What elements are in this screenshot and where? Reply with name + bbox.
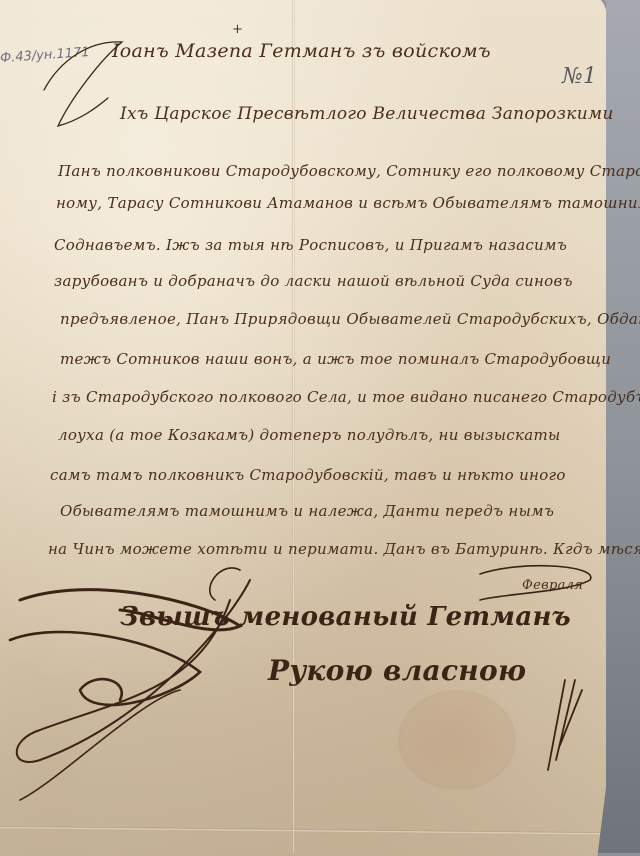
body-line-5: предъявленое, Панъ Прирядовщи Обывателей… xyxy=(60,310,640,328)
signature-line-2: Рукою власною xyxy=(268,654,526,687)
cross-mark-icon: + xyxy=(232,22,243,37)
signature-line-1: Звышъ менованый Гетманъ xyxy=(120,602,571,632)
body-line-2: ному, Тарасу Сотникови Атаманов и всѣмъ … xyxy=(56,194,640,212)
body-line-9: самъ тамъ полковникъ Стародубовскій, тав… xyxy=(50,466,566,484)
body-line-11: на Чинъ можете хотѣти и перимати. Данъ в… xyxy=(48,540,640,558)
page-number-mark: №1 xyxy=(562,64,597,89)
heading-line-1: Іоанъ Мазепа Гетманъ зъ войскомъ xyxy=(112,40,491,62)
heading-line-2: Іхъ Царскоє Пресвѣтлого Величества Запор… xyxy=(120,104,614,124)
seal-impression xyxy=(398,690,516,790)
body-line-3: Соднавъемъ. Іжъ за тыя нѣ Росписовъ, и П… xyxy=(54,236,567,254)
body-line-6: тежъ Сотников наши вонъ, а ижъ тое помин… xyxy=(60,350,611,368)
body-line-4: зарубованъ и добраначъ до ласки нашой вѣ… xyxy=(54,272,573,290)
body-line-8: лоуха (а тое Козакамъ) дотеперъ полудѣлъ… xyxy=(58,426,561,444)
body-line-12: Февраля xyxy=(522,578,583,593)
body-line-7: і зъ Стародубского полкового Села, и тое… xyxy=(52,388,640,406)
body-line-10: Обывателямъ тамошнимъ и належа, Данти пе… xyxy=(60,502,554,520)
body-line-1: Панъ полковникови Стародубовскому, Сотни… xyxy=(58,162,640,180)
